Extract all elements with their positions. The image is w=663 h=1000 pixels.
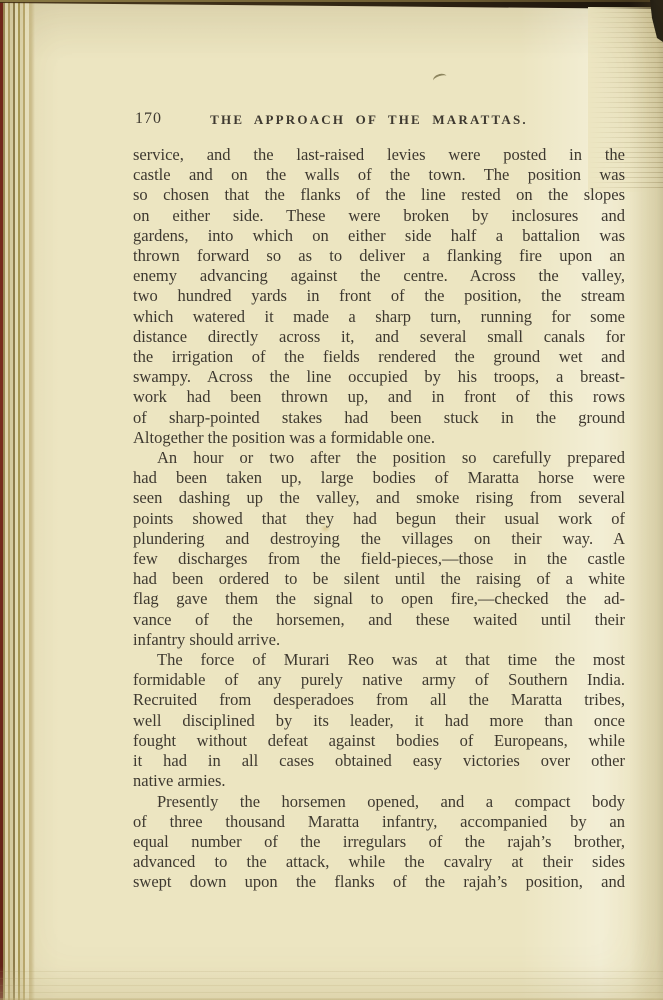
text-line: castle and on the walls of the town. The…	[133, 165, 625, 185]
text-line: Presently the horsemen opened, and a com…	[133, 792, 625, 812]
text-line: thrown forward so as to deliver a flanki…	[133, 246, 625, 266]
page-header: 170 THE APPROACH OF THE MARATTAS.	[133, 110, 625, 132]
pencil-mark	[432, 72, 448, 85]
text-line: Altogether the position was a formidable…	[133, 428, 625, 448]
text-line: well disciplined by its leader, it had m…	[133, 711, 625, 731]
paragraph: An hour or two after the position so car…	[133, 448, 625, 650]
text-line: work had been thrown up, and in front of…	[133, 387, 625, 407]
paragraph: Presently the horsemen opened, and a com…	[133, 792, 625, 893]
text-line: so chosen that the flanks of the line re…	[133, 185, 625, 205]
text-line: vance of the horsemen, and these waited …	[133, 610, 625, 630]
text-line: formidable of any purely native army of …	[133, 670, 625, 690]
text-line: two hundred yards in front of the positi…	[133, 286, 625, 306]
text-line: plundering and destroying the villages o…	[133, 529, 625, 549]
text-line: points showed that they had begun their …	[133, 509, 625, 529]
text-line: distance directly across it, and several…	[133, 327, 625, 347]
stacked-page-edges-left	[3, 0, 35, 1000]
text-line: few discharges from the field-pieces,—th…	[133, 549, 625, 569]
text-line: had been ordered to be silent until the …	[133, 569, 625, 589]
text-line: native armies.	[133, 771, 625, 791]
text-line: the irrigation of the fields rendered th…	[133, 347, 625, 367]
text-line: had been taken up, large bodies of Marat…	[133, 468, 625, 488]
text-line: fought without defeat against bodies of …	[133, 731, 625, 751]
text-line: advanced to the attack, while the cavalr…	[133, 852, 625, 872]
page-number: 170	[135, 110, 162, 128]
text-line: equal number of the irregulars of the ra…	[133, 832, 625, 852]
text-line: which watered it made a sharp turn, runn…	[133, 307, 625, 327]
page-edges-bottom	[0, 966, 663, 1000]
text-line: seen dashing up the valley, and smoke ri…	[133, 488, 625, 508]
text-line: The force of Murari Reo was at that time…	[133, 650, 625, 670]
text-line: it had in all cases obtained easy victor…	[133, 751, 625, 771]
paragraph: service, and the last-raised levies were…	[133, 145, 625, 448]
text-line: service, and the last-raised levies were…	[133, 145, 625, 165]
text-line: of sharp-pointed stakes had been stuck i…	[133, 408, 625, 428]
paragraph: The force of Murari Reo was at that time…	[133, 650, 625, 791]
text-line: swampy. Across the line occupied by his …	[133, 367, 625, 387]
text-line: infantry should arrive.	[133, 630, 625, 650]
body-text: service, and the last-raised levies were…	[133, 145, 625, 893]
text-line: on either side. These were broken by inc…	[133, 206, 625, 226]
book-top-edge-highlight	[0, 0, 663, 2]
text-line: of three thousand Maratta infantry, acco…	[133, 812, 625, 832]
text-line: enemy advancing against the centre. Acro…	[133, 266, 625, 286]
text-line: flag gave them the signal to open fire,—…	[133, 589, 625, 609]
text-line: Recruited from desperadoes from all the …	[133, 690, 625, 710]
text-line: swept down upon the flanks of the rajah’…	[133, 872, 625, 892]
page-curvature-shade	[629, 0, 663, 1000]
text-line: An hour or two after the position so car…	[133, 448, 625, 468]
running-header: THE APPROACH OF THE MARATTAS.	[173, 112, 565, 128]
text-line: gardens, into which on either side half …	[133, 226, 625, 246]
scanned-book-page: 170 THE APPROACH OF THE MARATTAS. servic…	[0, 0, 663, 1000]
